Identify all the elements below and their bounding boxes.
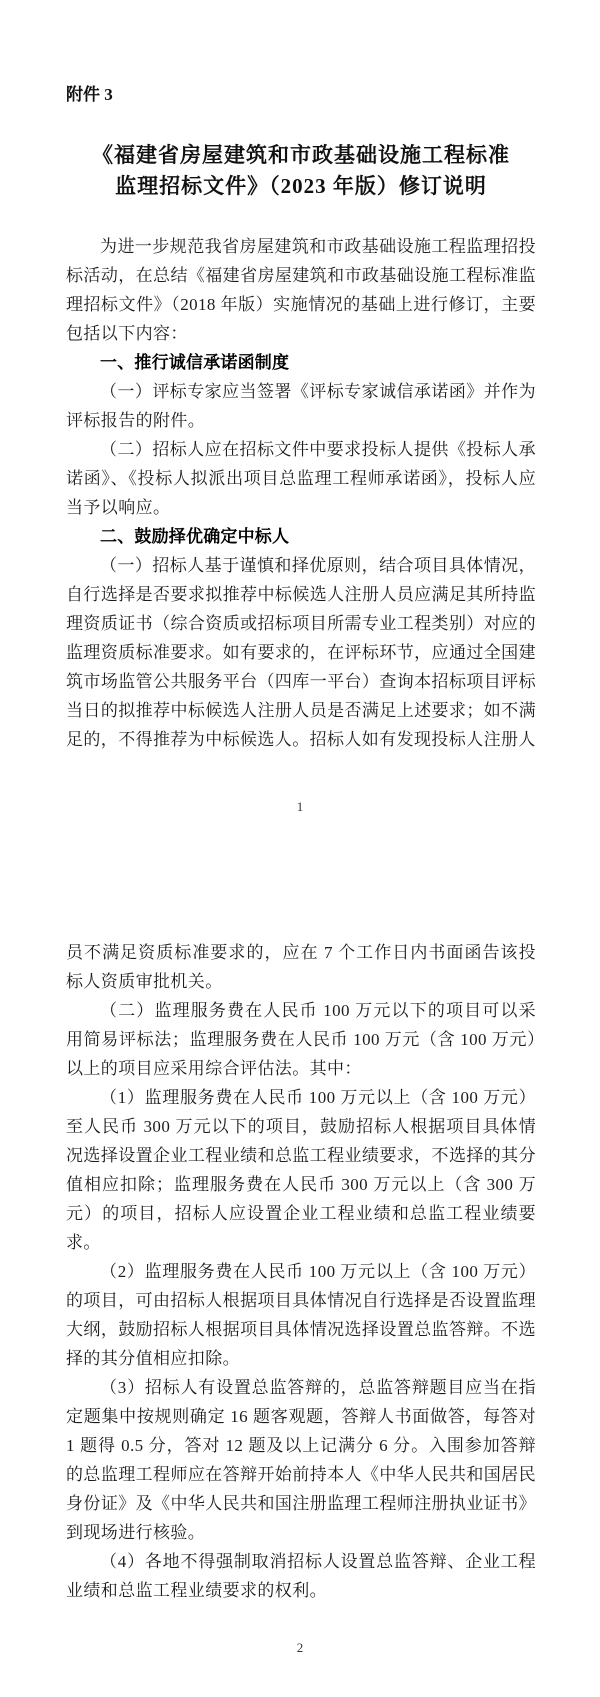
page-number-1: 1 [0, 800, 600, 814]
document-title: 《福建省房屋建筑和市政基础设施工程标准 监理招标文件》（2023 年版）修订说明 [66, 140, 536, 202]
section-heading-1: 一、推行诚信承诺函制度 [66, 348, 536, 377]
paragraph-intro: 为进一步规范我省房屋建筑和市政基础设施工程监理招投标活动，在总结《福建省房屋建筑… [66, 232, 536, 348]
paragraph-section2-item1-continuation: 员不满足资质标准要求的，应在 7 个工作日内书面函告该投标人资质审批机关。 [66, 938, 536, 996]
paragraph-section1-item1: （一）评标专家应当签署《评标专家诚信承诺函》并作为评标报告的附件。 [66, 377, 536, 435]
document-canvas: 附件 3 《福建省房屋建筑和市政基础设施工程标准 监理招标文件》（2023 年版… [0, 0, 600, 1697]
page2-body: 员不满足资质标准要求的，应在 7 个工作日内书面函告该投标人资质审批机关。 （二… [66, 938, 536, 1605]
document-page-1: 附件 3 《福建省房屋建筑和市政基础设施工程标准 监理招标文件》（2023 年版… [0, 0, 600, 848]
paragraph-sub-item-1: （1）监理服务费在人民币 100 万元以上（含 100 万元）至人民币 300 … [66, 1083, 536, 1257]
paragraph-sub-item-2: （2）监理服务费在人民币 100 万元以上（含 100 万元）的项目，可由招标人… [66, 1257, 536, 1373]
document-title-line2: 监理招标文件》（2023 年版）修订说明 [66, 171, 536, 202]
paragraph-section2-item1: （一）招标人基于谨慎和择优原则，结合项目具体情况，自行选择是否要求拟推荐中标候选… [66, 551, 536, 754]
paragraph-sub-item-4: （4）各地不得强制取消招标人设置总监答辩、企业工程业绩和总监工程业绩要求的权利。 [66, 1547, 536, 1605]
document-page-2: 员不满足资质标准要求的，应在 7 个工作日内书面函告该投标人资质审批机关。 （二… [0, 848, 600, 1697]
paragraph-section1-item2: （二）招标人应在招标文件中要求投标人提供《投标人承诺函》、《投标人拟派出项目总监… [66, 435, 536, 522]
paragraph-sub-item-3: （3）招标人有设置总监答辩的，总监答辩题目应当在指定题集中按规则确定 16 题客… [66, 1373, 536, 1547]
attachment-label: 附件 3 [66, 84, 536, 106]
page1-body: 为进一步规范我省房屋建筑和市政基础设施工程监理招投标活动，在总结《福建省房屋建筑… [66, 232, 536, 754]
page-number-2: 2 [0, 1641, 600, 1655]
document-title-line1: 《福建省房屋建筑和市政基础设施工程标准 [66, 140, 536, 171]
paragraph-section2-item2: （二）监理服务费在人民币 100 万元以下的项目可以采用简易评标法；监理服务费在… [66, 996, 536, 1083]
section-heading-2: 二、鼓励择优确定中标人 [66, 522, 536, 551]
